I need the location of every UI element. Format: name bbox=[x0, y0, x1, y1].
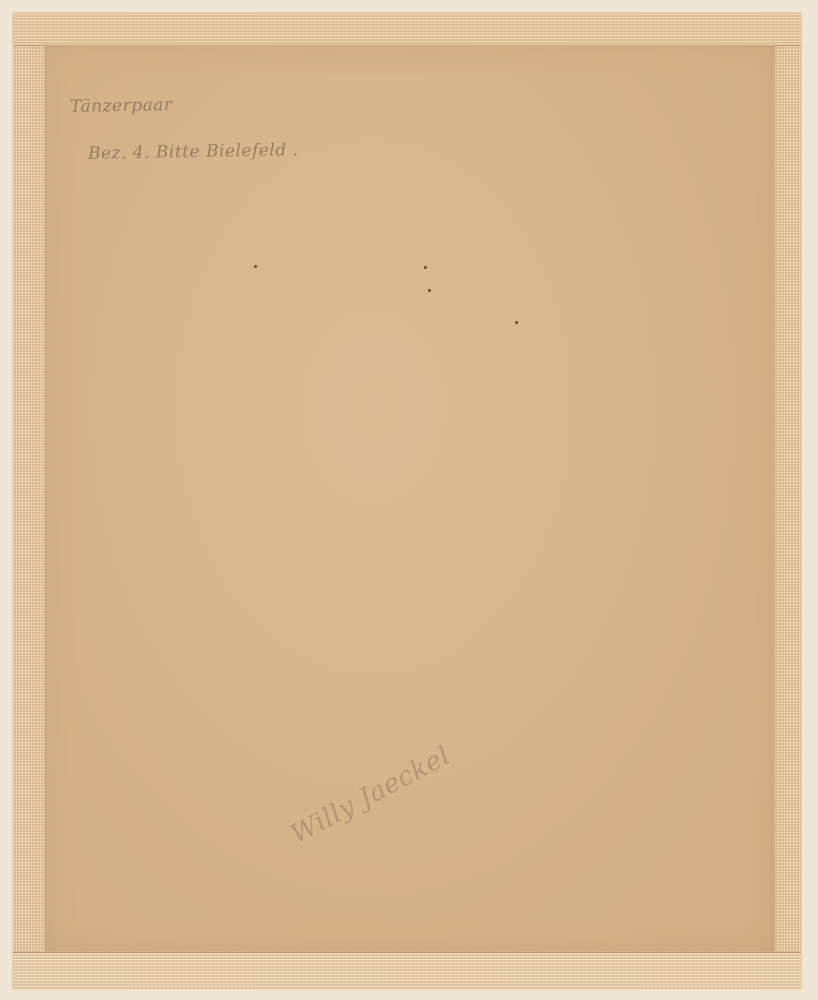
pencil-reference-inscription: Bez. 4. Bitte Bielefeld . bbox=[88, 140, 299, 164]
gauze-tape-bottom bbox=[13, 952, 801, 990]
foxing-spot bbox=[254, 265, 257, 268]
foxing-spot bbox=[424, 266, 427, 269]
paper-sheet bbox=[45, 45, 775, 951]
gauze-tape-top bbox=[13, 13, 801, 46]
pencil-title-inscription: Tänzerpaar bbox=[70, 95, 173, 117]
foxing-spot bbox=[515, 321, 518, 324]
foxing-spot bbox=[428, 289, 431, 292]
